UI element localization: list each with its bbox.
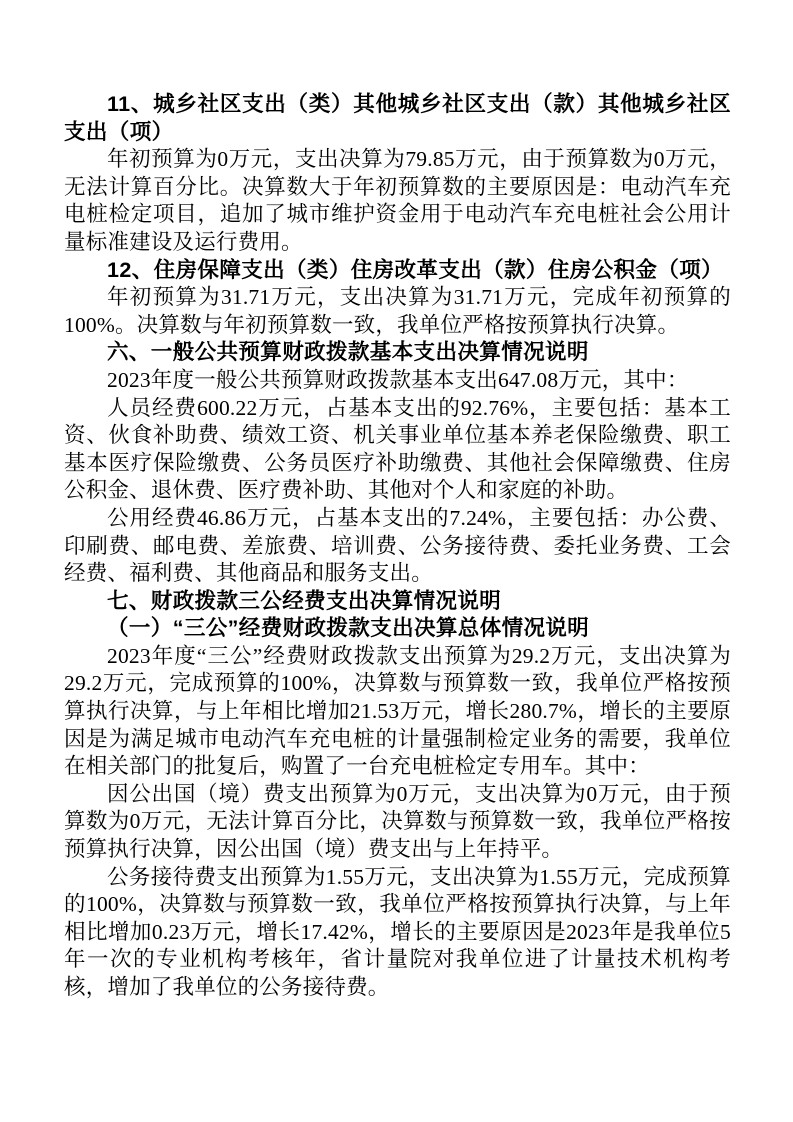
body-paragraph: 2023年度一般公共预算财政拨款基本支出647.08万元，其中： bbox=[64, 367, 731, 395]
document-body: 11、城乡社区支出（类）其他城乡社区支出（款）其他城乡社区支出（项）年初预算为0… bbox=[64, 91, 731, 1002]
body-paragraph: 年初预算为31.71万元，支出决算为31.71万元，完成年初预算的100%。决算… bbox=[64, 284, 731, 339]
body-paragraph: 2023年度“三公”经费财政拨款支出预算为29.2万元，支出决算为29.2万元，… bbox=[64, 643, 731, 781]
body-paragraph: 因公出国（境）费支出预算为0万元，支出决算为0万元，由于预算数为0万元，无法计算… bbox=[64, 781, 731, 864]
section-heading: 六、一般公共预算财政拨款基本支出决算情况说明 bbox=[64, 339, 731, 367]
body-paragraph: 人员经费600.22万元，占基本支出的92.76%，主要包括：基本工资、伙食补助… bbox=[64, 395, 731, 505]
document-page: 11、城乡社区支出（类）其他城乡社区支出（款）其他城乡社区支出（项）年初预算为0… bbox=[0, 0, 793, 1122]
section-heading: 12、住房保障支出（类）住房改革支出（款）住房公积金（项） bbox=[64, 257, 731, 285]
section-heading: 11、城乡社区支出（类）其他城乡社区支出（款）其他城乡社区支出（项） bbox=[64, 91, 731, 146]
body-paragraph: 公用经费46.86万元，占基本支出的7.24%，主要包括：办公费、印刷费、邮电费… bbox=[64, 505, 731, 588]
section-heading: 七、财政拨款三公经费支出决算情况说明 bbox=[64, 588, 731, 616]
body-paragraph: 年初预算为0万元，支出决算为79.85万元，由于预算数为0万元，无法计算百分比。… bbox=[64, 146, 731, 256]
body-paragraph: 公务接待费支出预算为1.55万元，支出决算为1.55万元，完成预算的100%，决… bbox=[64, 864, 731, 1002]
section-heading: （一）“三公”经费财政拨款支出决算总体情况说明 bbox=[64, 615, 731, 643]
